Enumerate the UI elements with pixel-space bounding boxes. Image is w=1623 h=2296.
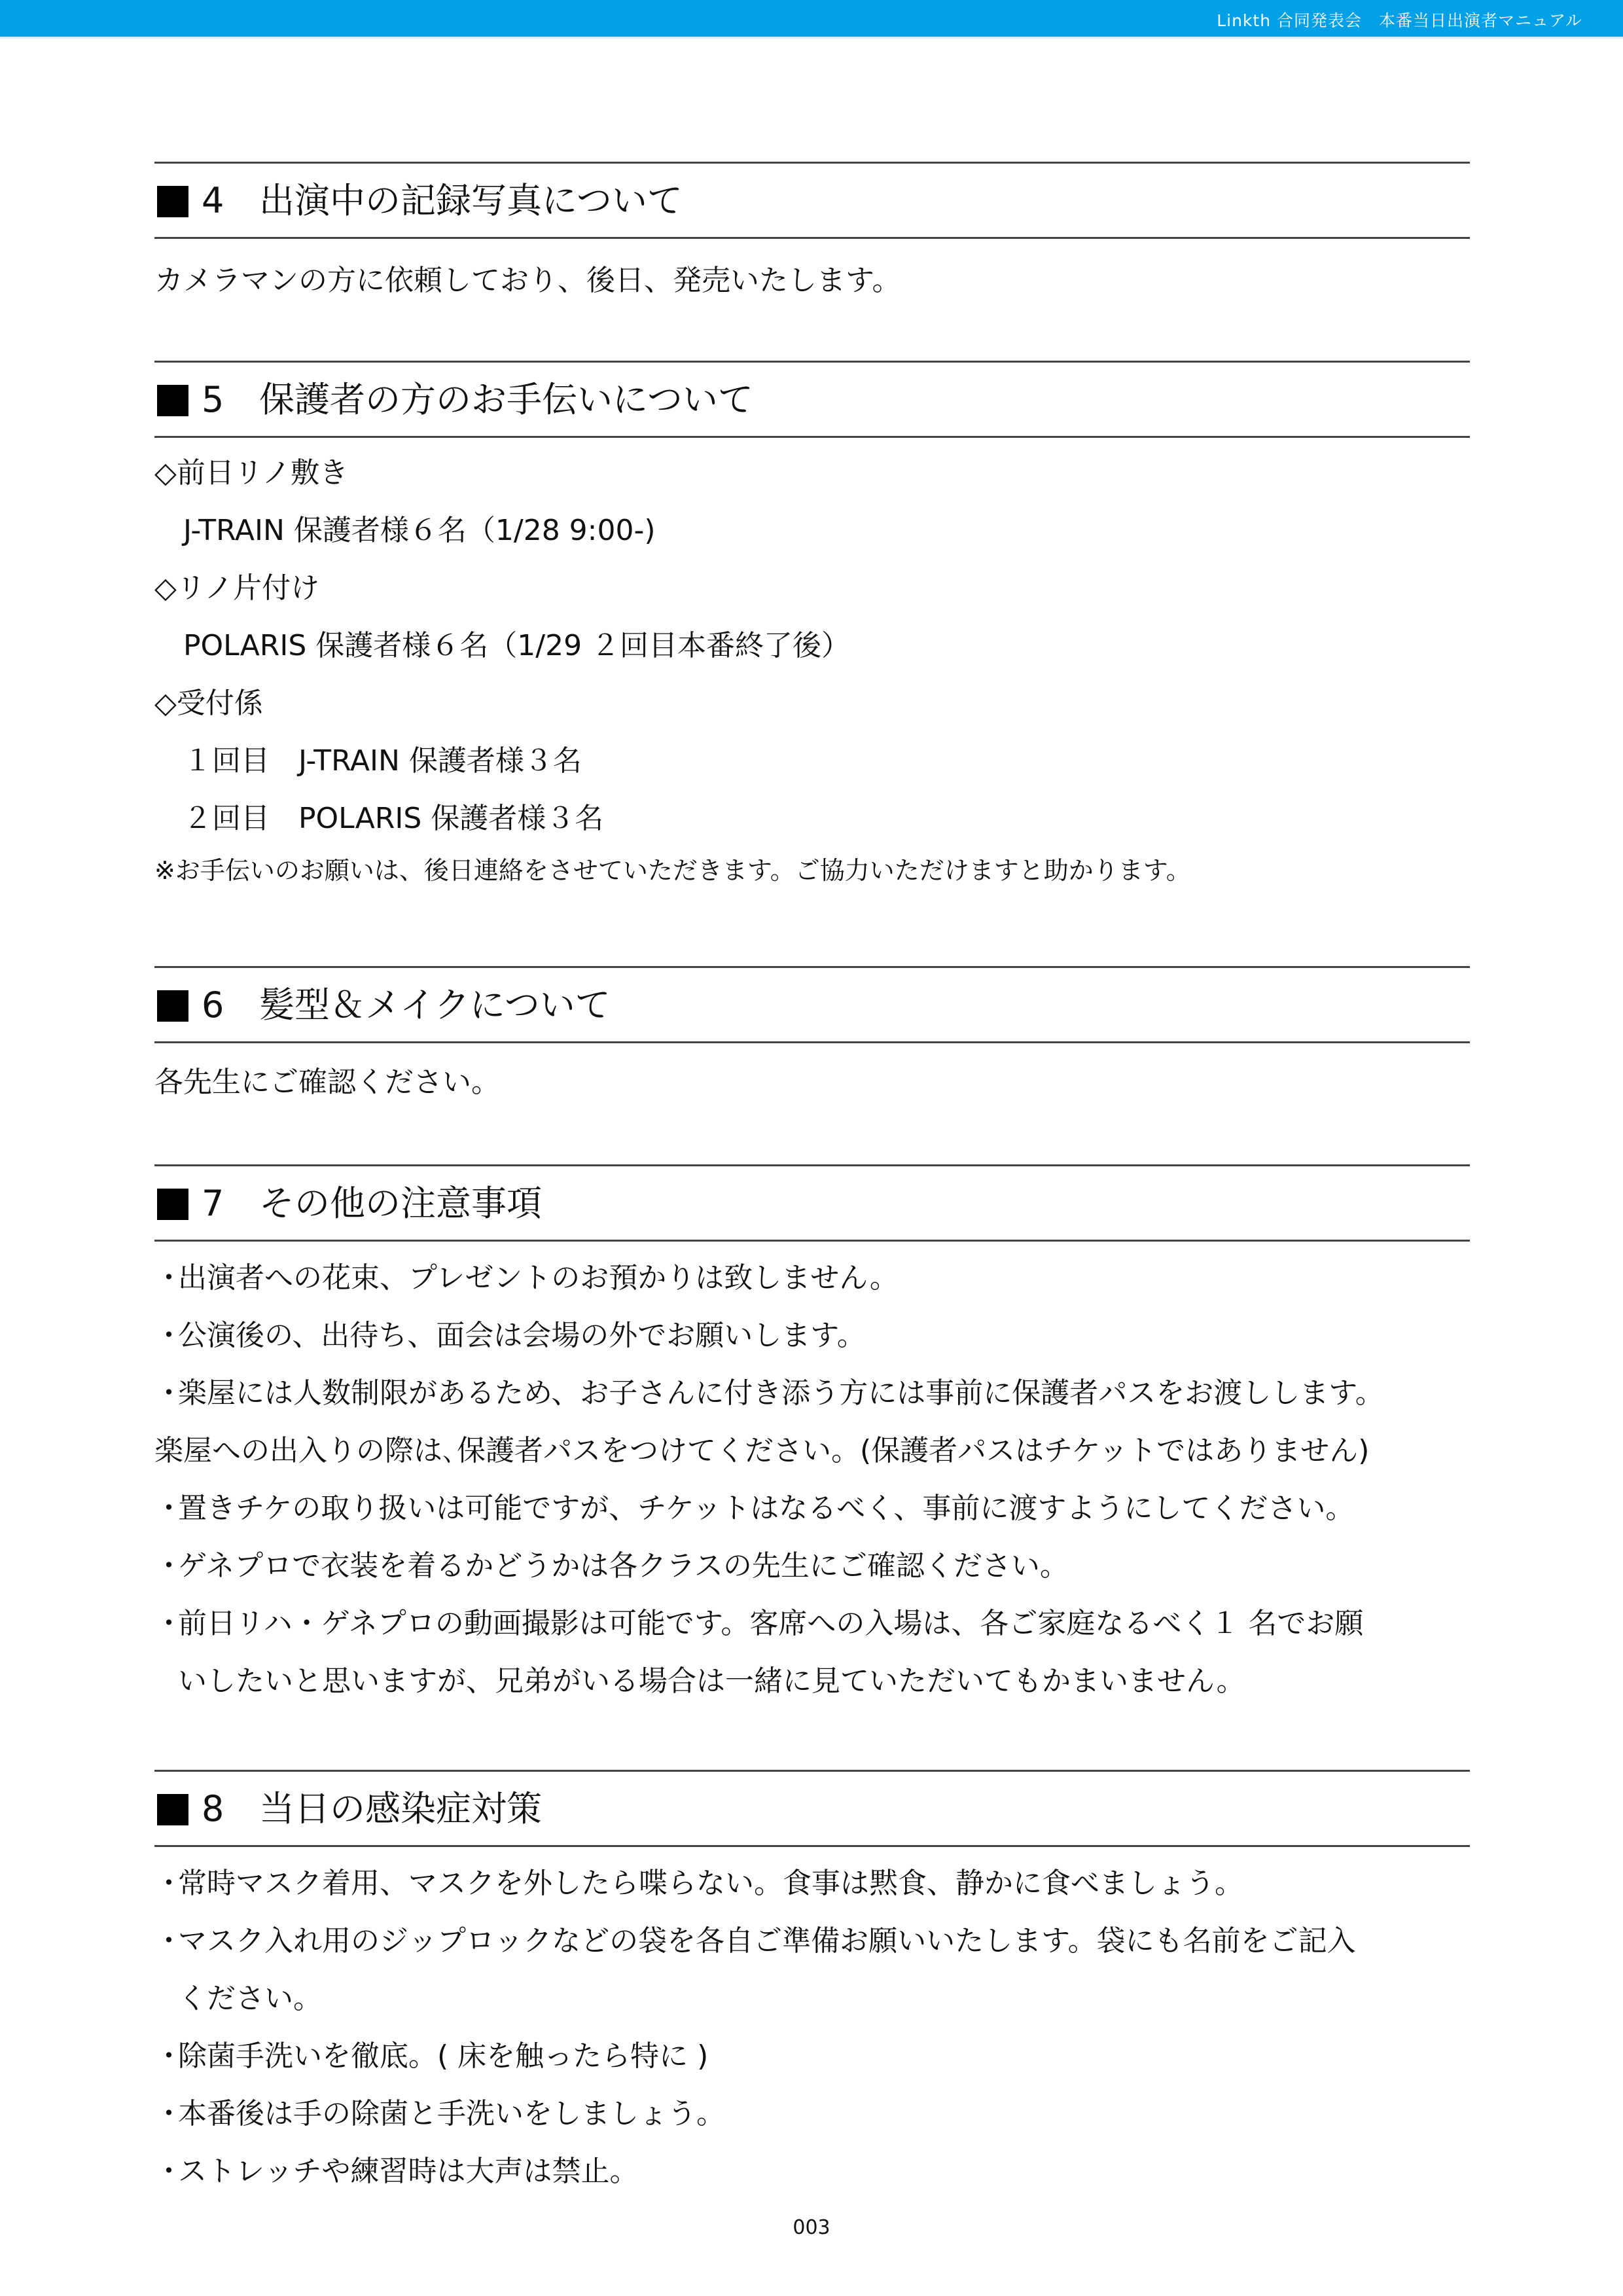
section-6: 6 髪型＆メイクについて 各先生にご確認ください。	[154, 966, 1470, 1111]
list-item: ・ ストレッチや練習時は大声は禁止。	[154, 2143, 1470, 2200]
list-item: １回目 J-TRAIN 保護者様３名	[154, 732, 1470, 790]
list-item: ・ ゲネプロで衣装を着るかどうかは各クラスの先生にご確認ください。	[154, 1537, 1470, 1595]
section-heading: 5 保護者の方のお手伝いについて	[154, 361, 1470, 438]
dot-bullet-icon: ・	[154, 1595, 183, 1653]
section-title: その他の注意事項	[259, 1181, 542, 1227]
subheading-reception: ◇受付係	[154, 675, 1470, 732]
list-item: ・ 公演後の、出待ち、面会は会場の外でお願いします。	[154, 1307, 1470, 1365]
section-heading: 8 当日の感染症対策	[154, 1770, 1470, 1847]
section-heading: 6 髪型＆メイクについて	[154, 966, 1470, 1043]
section-8: 8 当日の感染症対策 ・ 常時マスク着用、マスクを外したら喋らない。食事は黙食、…	[154, 1770, 1470, 2200]
square-bullet-icon	[157, 186, 188, 217]
section-7: 7 その他の注意事項 ・ 出演者への花束、プレゼントのお預かりは致しません。 ・…	[154, 1164, 1470, 1710]
subheading-linoleum-cleanup: ◇リノ片付け	[154, 560, 1470, 617]
list-item: ・ 本番後は手の除菌と手洗いをしましょう。	[154, 2085, 1470, 2143]
dot-bullet-icon: ・	[154, 1912, 183, 1970]
section-number: 4	[202, 178, 224, 224]
section-title: 出演中の記録写真について	[259, 178, 683, 224]
section-heading: 4 出演中の記録写真について	[154, 162, 1470, 239]
list-item-continuation: いしたいと思いますが、兄弟がいる場合は一緒に見ていただいてもかまいません。	[154, 1653, 1470, 1710]
dot-bullet-icon: ・	[154, 1249, 183, 1307]
square-bullet-icon	[157, 990, 188, 1022]
dot-bullet-icon: ・	[154, 1365, 183, 1422]
list-item: ２回目 POLARIS 保護者様３名	[154, 790, 1470, 848]
dot-bullet-icon: ・	[154, 2143, 183, 2200]
dot-bullet-icon: ・	[154, 1537, 183, 1595]
list-item: ・ 前日リハ・ゲネプロの動画撮影は可能です。客席への入場は、各ご家庭なるべく１ …	[154, 1595, 1470, 1653]
section-title: 髪型＆メイクについて	[259, 982, 611, 1028]
section-5: 5 保護者の方のお手伝いについて ◇前日リノ敷き J-TRAIN 保護者様６名（…	[154, 361, 1470, 893]
section-number: 5	[202, 377, 224, 423]
note-text: ※お手伝いのお願いは、後日連絡をさせていただきます。ご協力いただけますと助かりま…	[154, 848, 1470, 893]
list-item: ・ 楽屋には人数制限があるため、お子さんに付き添う方には事前に保護者パスをお渡し…	[154, 1365, 1470, 1422]
section-title: 当日の感染症対策	[259, 1786, 542, 1832]
square-bullet-icon	[157, 1189, 188, 1220]
list-item: ・ 除菌手洗いを徹底。( 床を触ったら特に )	[154, 2028, 1470, 2085]
square-bullet-icon	[157, 385, 188, 416]
section-number: 7	[202, 1181, 224, 1227]
list-item: ・ マスク入れ用のジップロックなどの袋を各自ご準備お願いいたします。袋にも名前を…	[154, 1912, 1470, 1970]
list-item: POLARIS 保護者様６名（1/29 ２回目本番終了後）	[154, 617, 1470, 675]
section-heading: 7 その他の注意事項	[154, 1164, 1470, 1242]
dot-bullet-icon: ・	[154, 2085, 183, 2143]
list-item: ・ 出演者への花束、プレゼントのお預かりは致しません。	[154, 1249, 1470, 1307]
list-item-continuation: 楽屋への出入りの際は､保護者パスをつけてください。(保護者パスはチケットではあり…	[154, 1422, 1470, 1480]
body-text: カメラマンの方に依頼しており、後日、発売いたします。	[154, 252, 1470, 310]
dot-bullet-icon: ・	[154, 1307, 183, 1365]
dot-bullet-icon: ・	[154, 2028, 183, 2085]
page-number: 003	[0, 2216, 1623, 2239]
dot-bullet-icon: ・	[154, 1855, 183, 1912]
subheading-linoleum-setup: ◇前日リノ敷き	[154, 444, 1470, 502]
section-title: 保護者の方のお手伝いについて	[259, 377, 753, 423]
list-item: ・ 常時マスク着用、マスクを外したら喋らない。食事は黙食、静かに食べましょう。	[154, 1855, 1470, 1912]
list-item: ・ 置きチケの取り扱いは可能ですが、チケットはなるべく、事前に渡すようにしてくだ…	[154, 1480, 1470, 1537]
dot-bullet-icon: ・	[154, 1480, 183, 1537]
list-item: J-TRAIN 保護者様６名（1/28 9:00-)	[154, 502, 1470, 560]
body-text: 各先生にご確認ください。	[154, 1054, 1470, 1111]
list-item-continuation: ください。	[154, 1970, 1470, 2028]
header-bar: Linkth 合同発表会 本番当日出演者マニュアル	[0, 0, 1623, 39]
square-bullet-icon	[157, 1794, 188, 1825]
section-number: 8	[202, 1786, 224, 1832]
document-title: Linkth 合同発表会 本番当日出演者マニュアル	[1217, 8, 1582, 31]
section-4: 4 出演中の記録写真について カメラマンの方に依頼しており、後日、発売いたします…	[154, 162, 1470, 310]
section-number: 6	[202, 982, 224, 1028]
